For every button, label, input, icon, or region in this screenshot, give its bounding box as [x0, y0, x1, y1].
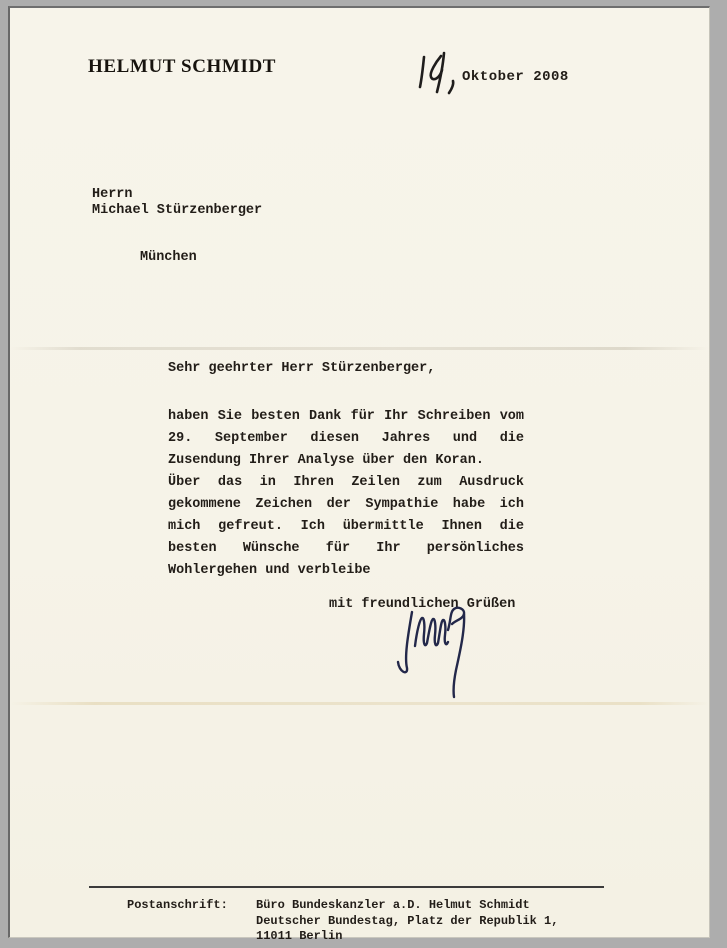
body-line: mich gefreut. Ich übermittle Ihnen die: [168, 516, 524, 538]
recipient-city: München: [140, 250, 197, 266]
recipient-name: Michael Stürzenberger: [92, 203, 262, 219]
handwritten-signature: [386, 600, 486, 708]
date-typed: Oktober 2008: [462, 69, 569, 85]
body-line: gekommene Zeichen der Sympathie habe ich: [168, 494, 524, 516]
body-line: Über das in Ihren Zeilen zum Ausdruck: [168, 472, 524, 494]
letterhead-name: HELMUT SCHMIDT: [88, 56, 276, 78]
letter-body: haben Sie besten Dank für Ihr Schreiben …: [168, 406, 524, 582]
greeting-line: Sehr geehrter Herr Stürzenberger,: [168, 360, 435, 378]
footer-divider: [89, 886, 604, 888]
paper-fold-line-bottom: [10, 702, 709, 705]
letter-page: HELMUT SCHMIDT Oktober 2008 Herrn Michae…: [8, 6, 710, 938]
footer-address-line: 11011 Berlin: [256, 929, 558, 945]
footer-address: Büro Bundeskanzler a.D. Helmut Schmidt D…: [256, 898, 558, 945]
body-line: haben Sie besten Dank für Ihr Schreiben …: [168, 406, 524, 428]
scanned-letter: HELMUT SCHMIDT Oktober 2008 Herrn Michae…: [0, 0, 727, 948]
body-line: Zusendung Ihrer Analyse über den Koran.: [168, 450, 524, 472]
footer-address-line: Büro Bundeskanzler a.D. Helmut Schmidt: [256, 898, 558, 914]
body-line: 29. September diesen Jahres und die: [168, 428, 524, 450]
footer-address-line: Deutscher Bundestag, Platz der Republik …: [256, 914, 558, 930]
recipient-title: Herrn: [92, 187, 133, 203]
body-line: Wohlergehen und verbleibe: [168, 560, 524, 582]
footer-label: Postanschrift:: [127, 898, 228, 914]
body-line: besten Wünsche für Ihr persönliches: [168, 538, 524, 560]
paper-fold-line-top: [10, 347, 709, 350]
